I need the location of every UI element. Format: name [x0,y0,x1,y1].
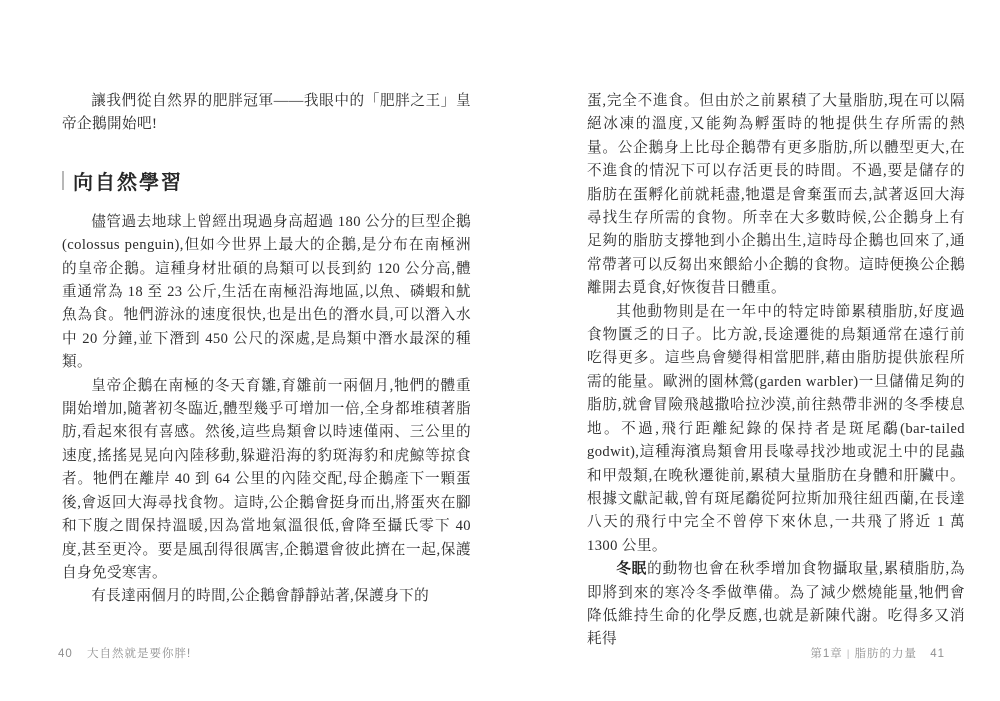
paragraph-hibernation: 冬眠的動物也會在秋季增加食物攝取量,累積脂肪,為即將到來的寒冷冬季做準備。為了減… [587,558,965,652]
left-page-footer: 40 大自然就是要你胖! [58,645,191,661]
paragraph-penguin-breeding: 皇帝企鵝在南極的冬天育雛,育雛前一兩個月,牠們的體重開始增加,隨著初冬臨近,體型… [62,375,471,586]
chapter-title: 脂肪的力量 [855,648,918,660]
paragraph-penguin-fasting-continued: 蛋,完全不進食。但由於之前累積了大量脂肪,現在可以隔絕冰凍的溫度,又能夠為孵蛋時… [587,90,965,301]
left-page-number: 40 [58,648,73,660]
paragraph-migratory-birds: 其他動物則是在一年中的特定時節累積脂肪,好度過食物匱乏的日子。比方說,長途遷徙的… [587,301,965,558]
section-heading: 向自然學習 [62,166,471,195]
right-page-text-column: 蛋,完全不進食。但由於之前累積了大量脂肪,現在可以隔絕冰凍的溫度,又能夠為孵蛋時… [587,90,965,652]
intro-paragraph: 讓我們從自然界的肥胖冠軍——我眼中的「肥胖之王」皇帝企鵝開始吧! [62,90,471,137]
right-page-footer: 第1章|脂肪的力量 41 [810,645,945,661]
footer-divider: | [847,648,851,660]
heading-bar-icon [62,171,64,190]
right-page-number: 41 [930,648,945,660]
left-page-text-column: 讓我們從自然界的肥胖冠軍——我眼中的「肥胖之王」皇帝企鵝開始吧! 向自然學習 儘… [62,90,471,609]
chapter-label: 第1章 [810,648,842,660]
book-page-spread: 讓我們從自然界的肥胖冠軍——我眼中的「肥胖之王」皇帝企鵝開始吧! 向自然學習 儘… [0,0,1000,701]
section-heading-text: 向自然學習 [73,166,183,195]
book-title: 大自然就是要你胖! [87,648,191,660]
hibernation-term: 冬眠 [616,561,647,577]
paragraph-penguin-size: 儘管過去地球上曾經出現過身高超過 180 公分的巨型企鵝(colossus pe… [62,211,471,375]
paragraph-penguin-standing: 有長達兩個月的時間,公企鵝會靜靜站著,保護身下的 [62,585,471,608]
